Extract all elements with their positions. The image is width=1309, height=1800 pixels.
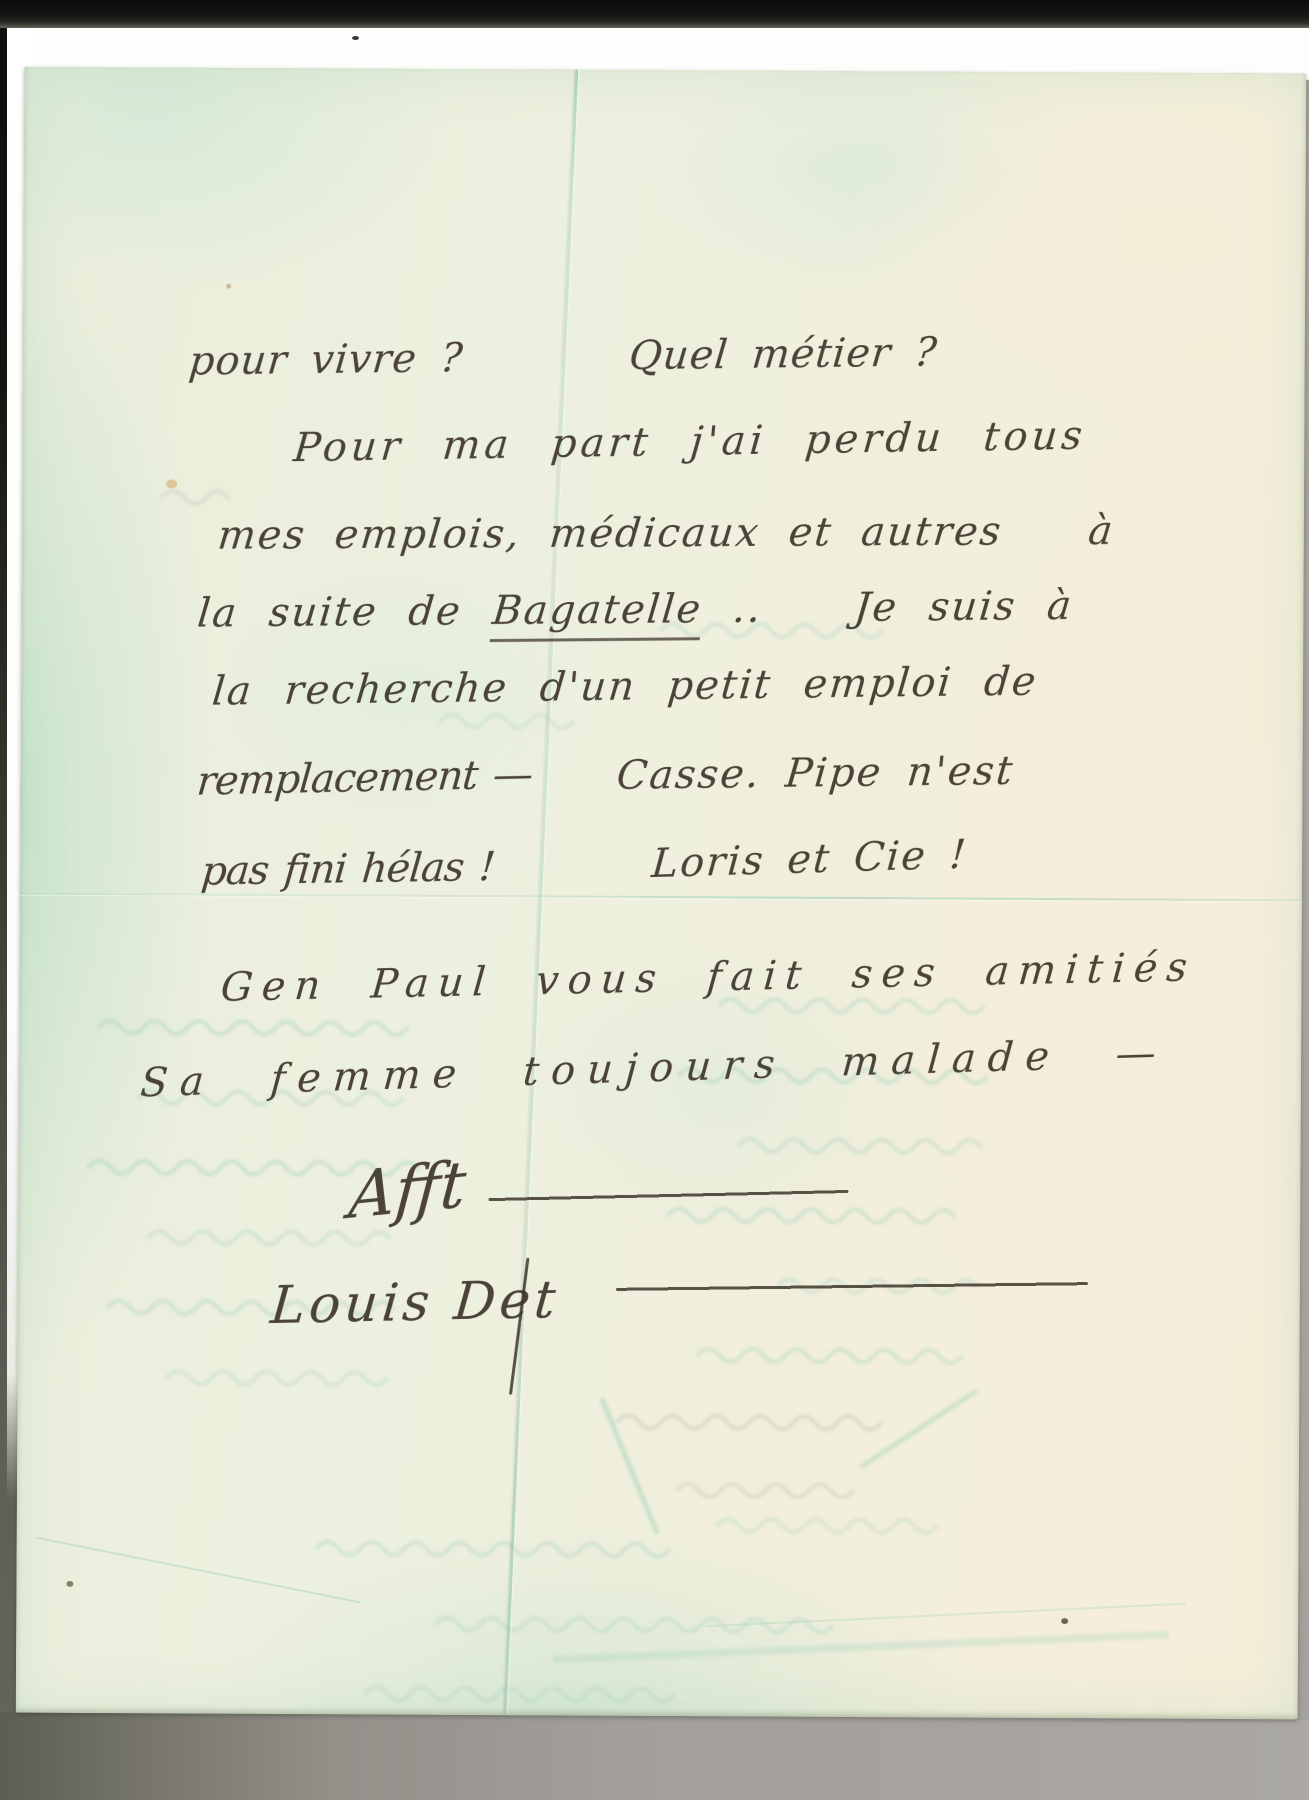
handwritten-line-3: mes emplois, médicaux et autres à xyxy=(216,511,1116,556)
valediction-scrawl: Afft xyxy=(347,1153,469,1229)
handwritten-line-7-right: Loris et Cie ! xyxy=(650,835,969,884)
underlined-word-bagatelle: Bagatelle xyxy=(490,586,705,642)
line4-suffix: .. Je suis à xyxy=(700,583,1075,632)
letter-paper: pour vivre ? Quel métier ? Pour ma part … xyxy=(16,67,1307,1720)
rust-stain xyxy=(226,284,231,289)
ink-speck xyxy=(1061,1618,1068,1624)
handwritten-line-4: la suite de Bagatelle .. Je suis à xyxy=(196,586,1075,634)
handwritten-line-2: Pour ma part j'ai perdu tous xyxy=(292,416,1088,469)
rust-stain xyxy=(166,479,177,488)
handwritten-line-7-left: pas fini hélas ! xyxy=(200,847,496,892)
handwritten-line-6-right: Casse. Pipe n'est xyxy=(615,751,1016,796)
dust-speck xyxy=(352,36,359,40)
scanned-letter-page: { "document": { "kind": "scanned handwri… xyxy=(0,0,1309,1800)
ink-speck xyxy=(66,1581,73,1587)
scanner-bottom-band xyxy=(0,1712,1309,1800)
handwritten-line-1: pour vivre ? Quel métier ? xyxy=(187,332,939,381)
handwritten-line-5: la recherche d'un petit emploi de xyxy=(210,662,1039,712)
scanner-lid-band xyxy=(0,0,1309,30)
line4-prefix: la suite de xyxy=(195,588,494,637)
handwritten-line-6-left: remplacement — xyxy=(195,755,533,802)
